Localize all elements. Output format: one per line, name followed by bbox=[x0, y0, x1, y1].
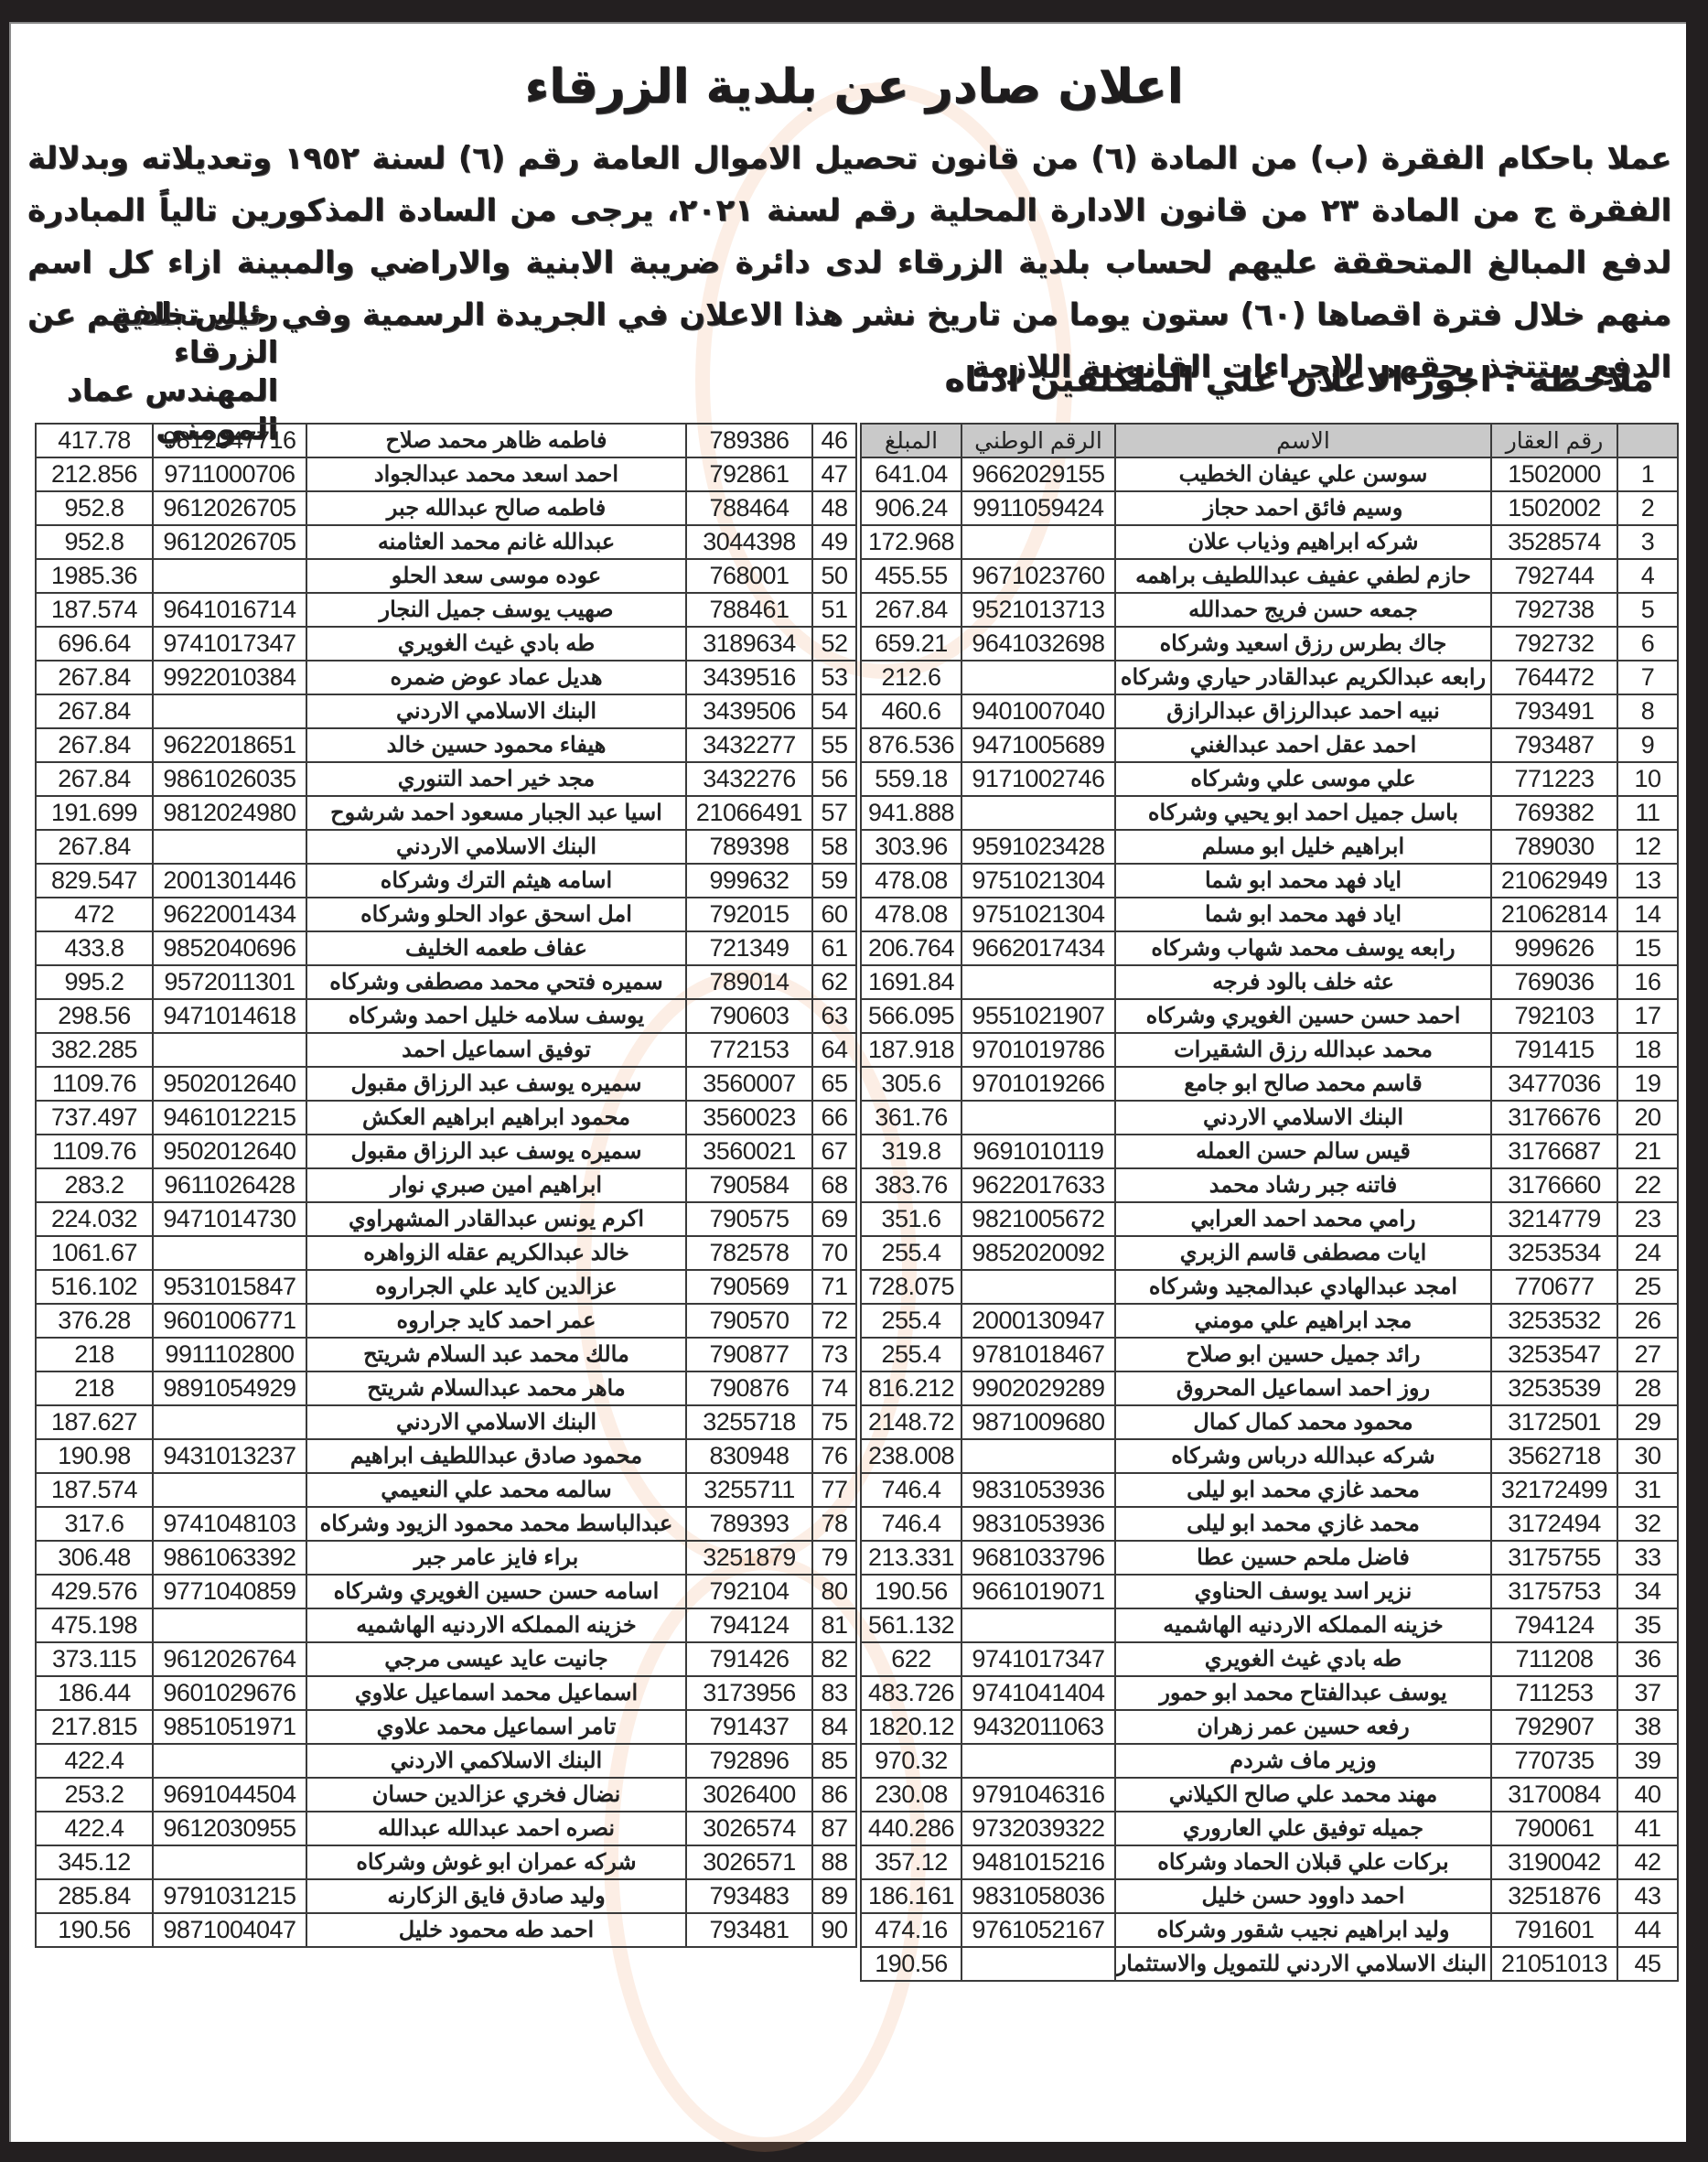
amount-due: 186.161 bbox=[861, 1879, 961, 1913]
amount-due: 238.008 bbox=[861, 1439, 961, 1473]
row-index: 13 bbox=[1617, 864, 1678, 898]
taxpayer-name: مالك محمد عبد السلام شريتح bbox=[306, 1338, 686, 1371]
taxpayer-name: عثه خلف بالود فرجه bbox=[1115, 965, 1491, 999]
taxpayer-name: احمد حسن حسين الغويري وشركاه bbox=[1115, 999, 1491, 1033]
table-row: 47792861احمد اسعد محمد عبدالجواد97110007… bbox=[36, 457, 856, 491]
table-row: 74790876ماهر محمد عبدالسلام شريتح9891054… bbox=[36, 1371, 856, 1405]
amount-due: 455.55 bbox=[861, 559, 961, 593]
frame-top-border bbox=[0, 0, 1708, 22]
national-id: 9691044504 bbox=[153, 1778, 306, 1812]
table-row: 62789014سميره فتحي محمد مصطفى وشركاه9572… bbox=[36, 965, 856, 999]
taxpayer-name: اسيا عبد الجبار مسعود احمد شرشوح bbox=[306, 796, 686, 830]
taxpayer-name: صهيب يوسف جميل النجار bbox=[306, 593, 686, 627]
row-index: 72 bbox=[812, 1304, 856, 1338]
taxpayer-name: سوسن علي عيفان الخطيب bbox=[1115, 457, 1491, 491]
taxpayer-name: هيفاء محمود حسين خالد bbox=[306, 728, 686, 762]
national-id: 9791031215 bbox=[153, 1879, 306, 1913]
row-index: 18 bbox=[1617, 1033, 1678, 1067]
row-index: 70 bbox=[812, 1236, 856, 1270]
national-id: 9601029676 bbox=[153, 1676, 306, 1710]
taxpayer-name: احمد داوود حسن خليل bbox=[1115, 1879, 1491, 1913]
table-row: 243253534ايات مصطفى قاسم الزبري985202009… bbox=[861, 1236, 1678, 1270]
amount-due: 376.28 bbox=[36, 1304, 153, 1338]
row-index: 12 bbox=[1617, 830, 1678, 864]
taxpayer-name: عمر احمد كايد جراروه bbox=[306, 1304, 686, 1338]
national-id: 9502012640 bbox=[153, 1067, 306, 1101]
row-index: 37 bbox=[1617, 1676, 1678, 1710]
table-row: 48788464فاطمه صالح عبدالله جبر9612026705… bbox=[36, 491, 856, 525]
row-index: 52 bbox=[812, 627, 856, 661]
table-row: 70782578خالد عبدالكريم عقله الزواهره1061… bbox=[36, 1236, 856, 1270]
taxpayer-name: اسامه هيثم الترك وشركاه bbox=[306, 864, 686, 898]
amount-due: 566.095 bbox=[861, 999, 961, 1033]
amount-due: 876.536 bbox=[861, 728, 961, 762]
table-row: 543439506البنك الاسلامي الاردني267.84 bbox=[36, 694, 856, 728]
amount-due: 217.815 bbox=[36, 1710, 153, 1744]
national-id bbox=[153, 559, 306, 593]
national-id: 9701019266 bbox=[961, 1067, 1115, 1101]
amount-due: 212.6 bbox=[861, 661, 961, 694]
national-id bbox=[153, 1405, 306, 1439]
property-number: 3251879 bbox=[686, 1541, 812, 1575]
national-id: 9691010119 bbox=[961, 1135, 1115, 1168]
row-index: 53 bbox=[812, 661, 856, 694]
table-row: 39770735وزير ماف شردم970.32 bbox=[861, 1744, 1678, 1778]
table-row: 7764472رابعه عبدالكريم عبدالقادر حياري و… bbox=[861, 661, 1678, 694]
row-index: 45 bbox=[1617, 1947, 1678, 1981]
national-id: 9521013713 bbox=[961, 593, 1115, 627]
row-index: 22 bbox=[1617, 1168, 1678, 1202]
amount-due: 191.699 bbox=[36, 796, 153, 830]
national-id: 9551021907 bbox=[961, 999, 1115, 1033]
row-index: 17 bbox=[1617, 999, 1678, 1033]
header-amount: المبلغ bbox=[861, 424, 961, 457]
table-row: 80792104اسامه حسن حسين الغويري وشركاه977… bbox=[36, 1575, 856, 1608]
row-index: 6 bbox=[1617, 627, 1678, 661]
property-number: 792896 bbox=[686, 1744, 812, 1778]
table-row: 663560023محمود ابراهيم ابراهيم العكش9461… bbox=[36, 1101, 856, 1135]
table-row: 6792732جاك بطرس رزق اسعيد وشركاه96410326… bbox=[861, 627, 1678, 661]
table-row: 323172494محمد غازي محمد ابو ليلى98310539… bbox=[861, 1507, 1678, 1541]
amount-due: 422.4 bbox=[36, 1744, 153, 1778]
table-row: 15999626رابعه يوسف محمد شهاب وشركاه96620… bbox=[861, 931, 1678, 965]
amount-due: 475.198 bbox=[36, 1608, 153, 1642]
table-row: 213176687قيس سالم حسن العمله969101011931… bbox=[861, 1135, 1678, 1168]
row-index: 30 bbox=[1617, 1439, 1678, 1473]
national-id: 9821005672 bbox=[961, 1202, 1115, 1236]
row-index: 26 bbox=[1617, 1304, 1678, 1338]
row-index: 61 bbox=[812, 931, 856, 965]
amount-due: 433.8 bbox=[36, 931, 153, 965]
row-index: 88 bbox=[812, 1845, 856, 1879]
row-index: 44 bbox=[1617, 1913, 1678, 1947]
amount-due: 737.497 bbox=[36, 1101, 153, 1135]
taxpayer-name: اياد فهد محمد ابو شما bbox=[1115, 864, 1491, 898]
national-id: 9902029289 bbox=[961, 1371, 1115, 1405]
table-row: 51788461صهيب يوسف جميل النجار96410167141… bbox=[36, 593, 856, 627]
row-index: 66 bbox=[812, 1101, 856, 1135]
amount-due: 474.16 bbox=[861, 1913, 961, 1947]
header-index bbox=[1617, 424, 1678, 457]
national-id: 9781018467 bbox=[961, 1338, 1115, 1371]
national-id: 9681033796 bbox=[961, 1541, 1115, 1575]
property-number: 788461 bbox=[686, 593, 812, 627]
taxpayer-name: احمد عقل احمد عبدالغني bbox=[1115, 728, 1491, 762]
taxpayer-name: جاك بطرس رزق اسعيد وشركاه bbox=[1115, 627, 1491, 661]
row-index: 47 bbox=[812, 457, 856, 491]
taxpayer-name: نزير اسد يوسف الحناوي bbox=[1115, 1575, 1491, 1608]
property-number: 3562718 bbox=[1491, 1439, 1617, 1473]
amount-due: 970.32 bbox=[861, 1744, 961, 1778]
property-number: 3560021 bbox=[686, 1135, 812, 1168]
amount-due: 303.96 bbox=[861, 830, 961, 864]
taxpayer-name: البنك الاسلامي الاردني bbox=[306, 830, 686, 864]
taxpayer-name: رابعه يوسف محمد شهاب وشركاه bbox=[1115, 931, 1491, 965]
taxpayer-name: قاسم محمد صالح ابو جامع bbox=[1115, 1067, 1491, 1101]
property-number: 3477036 bbox=[1491, 1067, 1617, 1101]
table-row: 11502000سوسن علي عيفان الخطيب96620291556… bbox=[861, 457, 1678, 491]
property-number: 3176660 bbox=[1491, 1168, 1617, 1202]
national-id: 9662017434 bbox=[961, 931, 1115, 965]
property-number: 790570 bbox=[686, 1304, 812, 1338]
taxpayer-name: احمد اسعد محمد عبدالجواد bbox=[306, 457, 686, 491]
amount-due: 187.627 bbox=[36, 1405, 153, 1439]
national-id: 9922010384 bbox=[153, 661, 306, 694]
property-number: 772153 bbox=[686, 1033, 812, 1067]
national-id: 9471014730 bbox=[153, 1202, 306, 1236]
row-index: 90 bbox=[812, 1913, 856, 1947]
amount-due: 440.286 bbox=[861, 1812, 961, 1845]
table-row: 58789398البنك الاسلامي الاردني267.84 bbox=[36, 830, 856, 864]
property-number: 789393 bbox=[686, 1507, 812, 1541]
table-row: 203176676البنك الاسلامي الاردني361.76 bbox=[861, 1101, 1678, 1135]
table-row: 84791437تامر اسماعيل محمد علاوي985105197… bbox=[36, 1710, 856, 1744]
table-row: 72790570عمر احمد كايد جراروه960100677137… bbox=[36, 1304, 856, 1338]
taxpayer-name: امل اسحق عواد الحلو وشركاه bbox=[306, 898, 686, 931]
property-number: 782578 bbox=[686, 1236, 812, 1270]
amount-due: 186.44 bbox=[36, 1676, 153, 1710]
taxpayer-name: بركات علي قبلان الحماد وشركاه bbox=[1115, 1845, 1491, 1879]
row-index: 49 bbox=[812, 525, 856, 559]
taxpayer-name: هديل عماد عوض ضمره bbox=[306, 661, 686, 694]
taxpayer-name: براء فايز عامر جبر bbox=[306, 1541, 686, 1575]
header-national-id: الرقم الوطني bbox=[961, 424, 1115, 457]
amount-due: 641.04 bbox=[861, 457, 961, 491]
taxpayer-name: عزالدين كايد علي الجراروه bbox=[306, 1270, 686, 1304]
national-id: 9661019071 bbox=[961, 1575, 1115, 1608]
table-row: 553432277هيفاء محمود حسين خالد9622018651… bbox=[36, 728, 856, 762]
property-number: 792738 bbox=[1491, 593, 1617, 627]
frame-right-border bbox=[1686, 0, 1708, 2162]
row-index: 68 bbox=[812, 1168, 856, 1202]
row-index: 34 bbox=[1617, 1575, 1678, 1608]
national-id: 9861063392 bbox=[153, 1541, 306, 1575]
row-index: 89 bbox=[812, 1879, 856, 1913]
national-id: 9911102800 bbox=[153, 1338, 306, 1371]
table-row: 9793487احمد عقل احمد عبدالغني94710056898… bbox=[861, 728, 1678, 762]
amount-due: 218 bbox=[36, 1371, 153, 1405]
taxpayer-name: البنك الاسلامي الاردني للتمويل والاستثما… bbox=[1115, 1947, 1491, 1981]
table-row: 71790569عزالدين كايد علي الجراروه9531015… bbox=[36, 1270, 856, 1304]
amount-due: 383.76 bbox=[861, 1168, 961, 1202]
property-number: 3253532 bbox=[1491, 1304, 1617, 1338]
property-number: 3190042 bbox=[1491, 1845, 1617, 1879]
row-index: 75 bbox=[812, 1405, 856, 1439]
property-number: 3026400 bbox=[686, 1778, 812, 1812]
taxpayer-name: سالمه محمد علي النعيمي bbox=[306, 1473, 686, 1507]
national-id: 9622001434 bbox=[153, 898, 306, 931]
amount-due: 906.24 bbox=[861, 491, 961, 525]
national-id: 9612030955 bbox=[153, 1812, 306, 1845]
national-id bbox=[961, 796, 1115, 830]
property-number: 790877 bbox=[686, 1338, 812, 1371]
amount-due: 255.4 bbox=[861, 1338, 961, 1371]
amount-due: 283.2 bbox=[36, 1168, 153, 1202]
row-index: 74 bbox=[812, 1371, 856, 1405]
amount-due: 516.102 bbox=[36, 1270, 153, 1304]
national-id bbox=[153, 1608, 306, 1642]
national-id: 9852040696 bbox=[153, 931, 306, 965]
amount-due: 472 bbox=[36, 898, 153, 931]
row-index: 16 bbox=[1617, 965, 1678, 999]
table-row: 1321062949اياد فهد محمد ابو شما975102130… bbox=[861, 864, 1678, 898]
property-number: 3172494 bbox=[1491, 1507, 1617, 1541]
table-row: 85792896البنك الاسلاكمي الاردني422.4 bbox=[36, 1744, 856, 1778]
national-id bbox=[153, 1236, 306, 1270]
amount-due: 190.56 bbox=[861, 1947, 961, 1981]
property-number: 791426 bbox=[686, 1642, 812, 1676]
property-number: 32172499 bbox=[1491, 1473, 1617, 1507]
row-index: 1 bbox=[1617, 457, 1678, 491]
amount-due: 382.285 bbox=[36, 1033, 153, 1067]
row-index: 33 bbox=[1617, 1541, 1678, 1575]
amount-due: 218 bbox=[36, 1338, 153, 1371]
table-row: 233214779رامي محمد احمد العرابي982100567… bbox=[861, 1202, 1678, 1236]
property-number: 3173956 bbox=[686, 1676, 812, 1710]
row-index: 28 bbox=[1617, 1371, 1678, 1405]
taxpayer-name: مجد خير احمد التنوري bbox=[306, 762, 686, 796]
row-index: 11 bbox=[1617, 796, 1678, 830]
amount-due: 212.856 bbox=[36, 457, 153, 491]
national-id: 9871009680 bbox=[961, 1405, 1115, 1439]
row-index: 69 bbox=[812, 1202, 856, 1236]
taxpayer-name: خالد عبدالكريم عقله الزواهره bbox=[306, 1236, 686, 1270]
row-index: 84 bbox=[812, 1710, 856, 1744]
taxpayer-name: نضال فخري عزالدين حسان bbox=[306, 1778, 686, 1812]
taxpayer-name: فاطمه ظاهر محمد صلاح bbox=[306, 424, 686, 457]
property-number: 3026574 bbox=[686, 1812, 812, 1845]
table-row: 403170084مهند محمد علي صالح الكيلاني9791… bbox=[861, 1778, 1678, 1812]
amount-due: 460.6 bbox=[861, 694, 961, 728]
property-number: 3176676 bbox=[1491, 1101, 1617, 1135]
table-row: 35794124خزينه المملكه الاردنيه الهاشميه5… bbox=[861, 1608, 1678, 1642]
national-id: 9771040859 bbox=[153, 1575, 306, 1608]
amount-due: 1061.67 bbox=[36, 1236, 153, 1270]
row-index: 87 bbox=[812, 1812, 856, 1845]
taxpayer-name: عبدالباسط محمد محمود الزيود وشركاه bbox=[306, 1507, 686, 1541]
amount-due: 728.075 bbox=[861, 1270, 961, 1304]
national-id: 9171002746 bbox=[961, 762, 1115, 796]
property-number: 790603 bbox=[686, 999, 812, 1033]
row-index: 21 bbox=[1617, 1135, 1678, 1168]
table-row: 883026571شركه عمران ابو غوش وشركاه345.12 bbox=[36, 1845, 856, 1879]
property-number: 21062949 bbox=[1491, 864, 1617, 898]
amount-due: 285.84 bbox=[36, 1879, 153, 1913]
amount-due: 361.76 bbox=[861, 1101, 961, 1135]
property-number: 790575 bbox=[686, 1202, 812, 1236]
table-row: 37711253يوسف عبدالفتاح محمد ابو حمور9741… bbox=[861, 1676, 1678, 1710]
table-row: 343175753نزير اسد يوسف الحناوي9661019071… bbox=[861, 1575, 1678, 1608]
table-row: 653560007سميره يوسف عبد الرزاق مقبول9502… bbox=[36, 1067, 856, 1101]
taxpayer-name: خزينه المملكه الاردنيه الهاشميه bbox=[1115, 1608, 1491, 1642]
property-number: 769036 bbox=[1491, 965, 1617, 999]
table-row: 38792907رفعه حسين عمر زهران9432011063182… bbox=[861, 1710, 1678, 1744]
amount-due: 483.726 bbox=[861, 1676, 961, 1710]
amount-due: 422.4 bbox=[36, 1812, 153, 1845]
taxpayer-name: محمد عبدالله رزق الشقيرات bbox=[1115, 1033, 1491, 1067]
table-row: 81794124خزينه المملكه الاردنيه الهاشميه4… bbox=[36, 1608, 856, 1642]
row-index: 65 bbox=[812, 1067, 856, 1101]
amount-due: 351.6 bbox=[861, 1202, 961, 1236]
taxpayer-name: رابعه عبدالكريم عبدالقادر حياري وشركاه bbox=[1115, 661, 1491, 694]
taxpayer-name: علي موسى علي وشركاه bbox=[1115, 762, 1491, 796]
table-row: 433251876احمد داوود حسن خليل983105803618… bbox=[861, 1879, 1678, 1913]
national-id: 9671023760 bbox=[961, 559, 1115, 593]
table-row: 25770677امجد عبدالهادي عبدالمجيد وشركاه7… bbox=[861, 1270, 1678, 1304]
national-id: 9641032698 bbox=[961, 627, 1115, 661]
row-index: 86 bbox=[812, 1778, 856, 1812]
taxpayer-name: ابراهيم امين صبري نوار bbox=[306, 1168, 686, 1202]
taxpayer-name: طه بادي غيث الغويري bbox=[1115, 1642, 1491, 1676]
row-index: 9 bbox=[1617, 728, 1678, 762]
taxpayer-name: ماهر محمد عبدالسلام شريتح bbox=[306, 1371, 686, 1405]
national-id bbox=[153, 1744, 306, 1778]
national-id bbox=[153, 1033, 306, 1067]
national-id: 9612026705 bbox=[153, 525, 306, 559]
national-id: 2000130947 bbox=[961, 1304, 1115, 1338]
national-id: 9572011301 bbox=[153, 965, 306, 999]
table-row: 82791426جانيت عايد عيسى مرجي961202676437… bbox=[36, 1642, 856, 1676]
national-id: 9732039322 bbox=[961, 1812, 1115, 1845]
amount-due: 1109.76 bbox=[36, 1067, 153, 1101]
row-index: 41 bbox=[1617, 1812, 1678, 1845]
row-index: 50 bbox=[812, 559, 856, 593]
national-id: 9812047716 bbox=[153, 424, 306, 457]
row-index: 79 bbox=[812, 1541, 856, 1575]
amount-due: 298.56 bbox=[36, 999, 153, 1033]
property-number: 3560023 bbox=[686, 1101, 812, 1135]
national-id bbox=[961, 1947, 1115, 1981]
taxpayer-name: محمود محمد كمال كمال bbox=[1115, 1405, 1491, 1439]
national-id: 2001301446 bbox=[153, 864, 306, 898]
taxpayer-name: شركه ابراهيم وذياب علان bbox=[1115, 525, 1491, 559]
national-id: 9531015847 bbox=[153, 1270, 306, 1304]
table-row: 523189634طه بادي غيث الغويري974101734769… bbox=[36, 627, 856, 661]
table-row: 3132172499محمد غازي محمد ابو ليلى9831053… bbox=[861, 1473, 1678, 1507]
property-number: 790061 bbox=[1491, 1812, 1617, 1845]
row-index: 7 bbox=[1617, 661, 1678, 694]
table-row: 11769382باسل جميل احمد ابو يحيي وشركاه94… bbox=[861, 796, 1678, 830]
taxpayers-table-left: 46789386فاطمه ظاهر محمد صلاح981204771641… bbox=[35, 423, 857, 1948]
property-number: 793483 bbox=[686, 1879, 812, 1913]
property-number: 789030 bbox=[1491, 830, 1617, 864]
table-row: 21502002وسيم فائق احمد حجاز9911059424906… bbox=[861, 491, 1678, 525]
table-row: 753255718البنك الاسلامي الاردني187.627 bbox=[36, 1405, 856, 1439]
property-number: 793491 bbox=[1491, 694, 1617, 728]
national-id bbox=[961, 965, 1115, 999]
national-id: 9431013237 bbox=[153, 1439, 306, 1473]
property-number: 21051013 bbox=[1491, 1947, 1617, 1981]
national-id bbox=[961, 1439, 1115, 1473]
property-number: 21062814 bbox=[1491, 898, 1617, 931]
national-id: 9861026035 bbox=[153, 762, 306, 796]
table-header-row: رقم العقار الاسم الرقم الوطني المبلغ bbox=[861, 424, 1678, 457]
national-id: 9891054929 bbox=[153, 1371, 306, 1405]
taxpayer-name: رامي محمد احمد العرابي bbox=[1115, 1202, 1491, 1236]
table-row: 17792103احمد حسن حسين الغويري وشركاه9551… bbox=[861, 999, 1678, 1033]
table-row: 563432276مجد خير احمد التنوري98610260352… bbox=[36, 762, 856, 796]
property-number: 999626 bbox=[1491, 931, 1617, 965]
national-id: 9711000706 bbox=[153, 457, 306, 491]
national-id: 9622017633 bbox=[961, 1168, 1115, 1202]
table-row: 223176660فاتنه جبر رشاد محمد962201763338… bbox=[861, 1168, 1678, 1202]
taxpayer-name: وسيم فائق احمد حجاز bbox=[1115, 491, 1491, 525]
national-id: 9831053936 bbox=[961, 1473, 1115, 1507]
table-body-left: 46789386فاطمه ظاهر محمد صلاح981204771641… bbox=[36, 424, 856, 1947]
property-number: 1502000 bbox=[1491, 457, 1617, 491]
table-row: 64772153توفيق اسماعيل احمد382.285 bbox=[36, 1033, 856, 1067]
amount-due: 187.918 bbox=[861, 1033, 961, 1067]
row-index: 27 bbox=[1617, 1338, 1678, 1371]
property-number: 21066491 bbox=[686, 796, 812, 830]
property-number: 711208 bbox=[1491, 1642, 1617, 1676]
property-number: 3253547 bbox=[1491, 1338, 1617, 1371]
property-number: 3176687 bbox=[1491, 1135, 1617, 1168]
table-row: 12789030ابراهيم خليل ابو مسلم95910234283… bbox=[861, 830, 1678, 864]
taxpayer-name: خزينه المملكه الاردنيه الهاشميه bbox=[306, 1608, 686, 1642]
table-row: 4792744حازم لطفي عفيف عبداللطيف براهمه96… bbox=[861, 559, 1678, 593]
property-number: 999632 bbox=[686, 864, 812, 898]
national-id bbox=[153, 830, 306, 864]
table-row: 61721349عفاف طعمه الخليف9852040696433.8 bbox=[36, 931, 856, 965]
taxpayer-name: حازم لطفي عفيف عبداللطيف براهمه bbox=[1115, 559, 1491, 593]
table-row: 333175755فاضل ملحم حسين عطا9681033796213… bbox=[861, 1541, 1678, 1575]
amount-due: 417.78 bbox=[36, 424, 153, 457]
table-row: 423190042بركات علي قبلان الحماد وشركاه94… bbox=[861, 1845, 1678, 1879]
property-number: 792907 bbox=[1491, 1710, 1617, 1744]
national-id: 9831058036 bbox=[961, 1879, 1115, 1913]
national-id bbox=[961, 525, 1115, 559]
property-number: 3214779 bbox=[1491, 1202, 1617, 1236]
taxpayer-name: عبدالله غانم محمد العثامنه bbox=[306, 525, 686, 559]
taxpayer-name: محمود ابراهيم ابراهيم العكش bbox=[306, 1101, 686, 1135]
taxpayer-name: قيس سالم حسن العمله bbox=[1115, 1135, 1491, 1168]
national-id bbox=[153, 1845, 306, 1879]
row-index: 80 bbox=[812, 1575, 856, 1608]
amount-due: 357.12 bbox=[861, 1845, 961, 1879]
table-row: 873026574نصره احمد عبدالله عبدالله961203… bbox=[36, 1812, 856, 1845]
amount-due: 952.8 bbox=[36, 525, 153, 559]
taxpayers-table-right: رقم العقار الاسم الرقم الوطني المبلغ 115… bbox=[860, 423, 1679, 1982]
row-index: 55 bbox=[812, 728, 856, 762]
row-index: 57 bbox=[812, 796, 856, 830]
national-id: 9751021304 bbox=[961, 898, 1115, 931]
row-index: 56 bbox=[812, 762, 856, 796]
property-number: 791601 bbox=[1491, 1913, 1617, 1947]
table-row: 89793483وليد صادق فايق الزكارنه979103121… bbox=[36, 1879, 856, 1913]
property-number: 788464 bbox=[686, 491, 812, 525]
amount-due: 187.574 bbox=[36, 593, 153, 627]
